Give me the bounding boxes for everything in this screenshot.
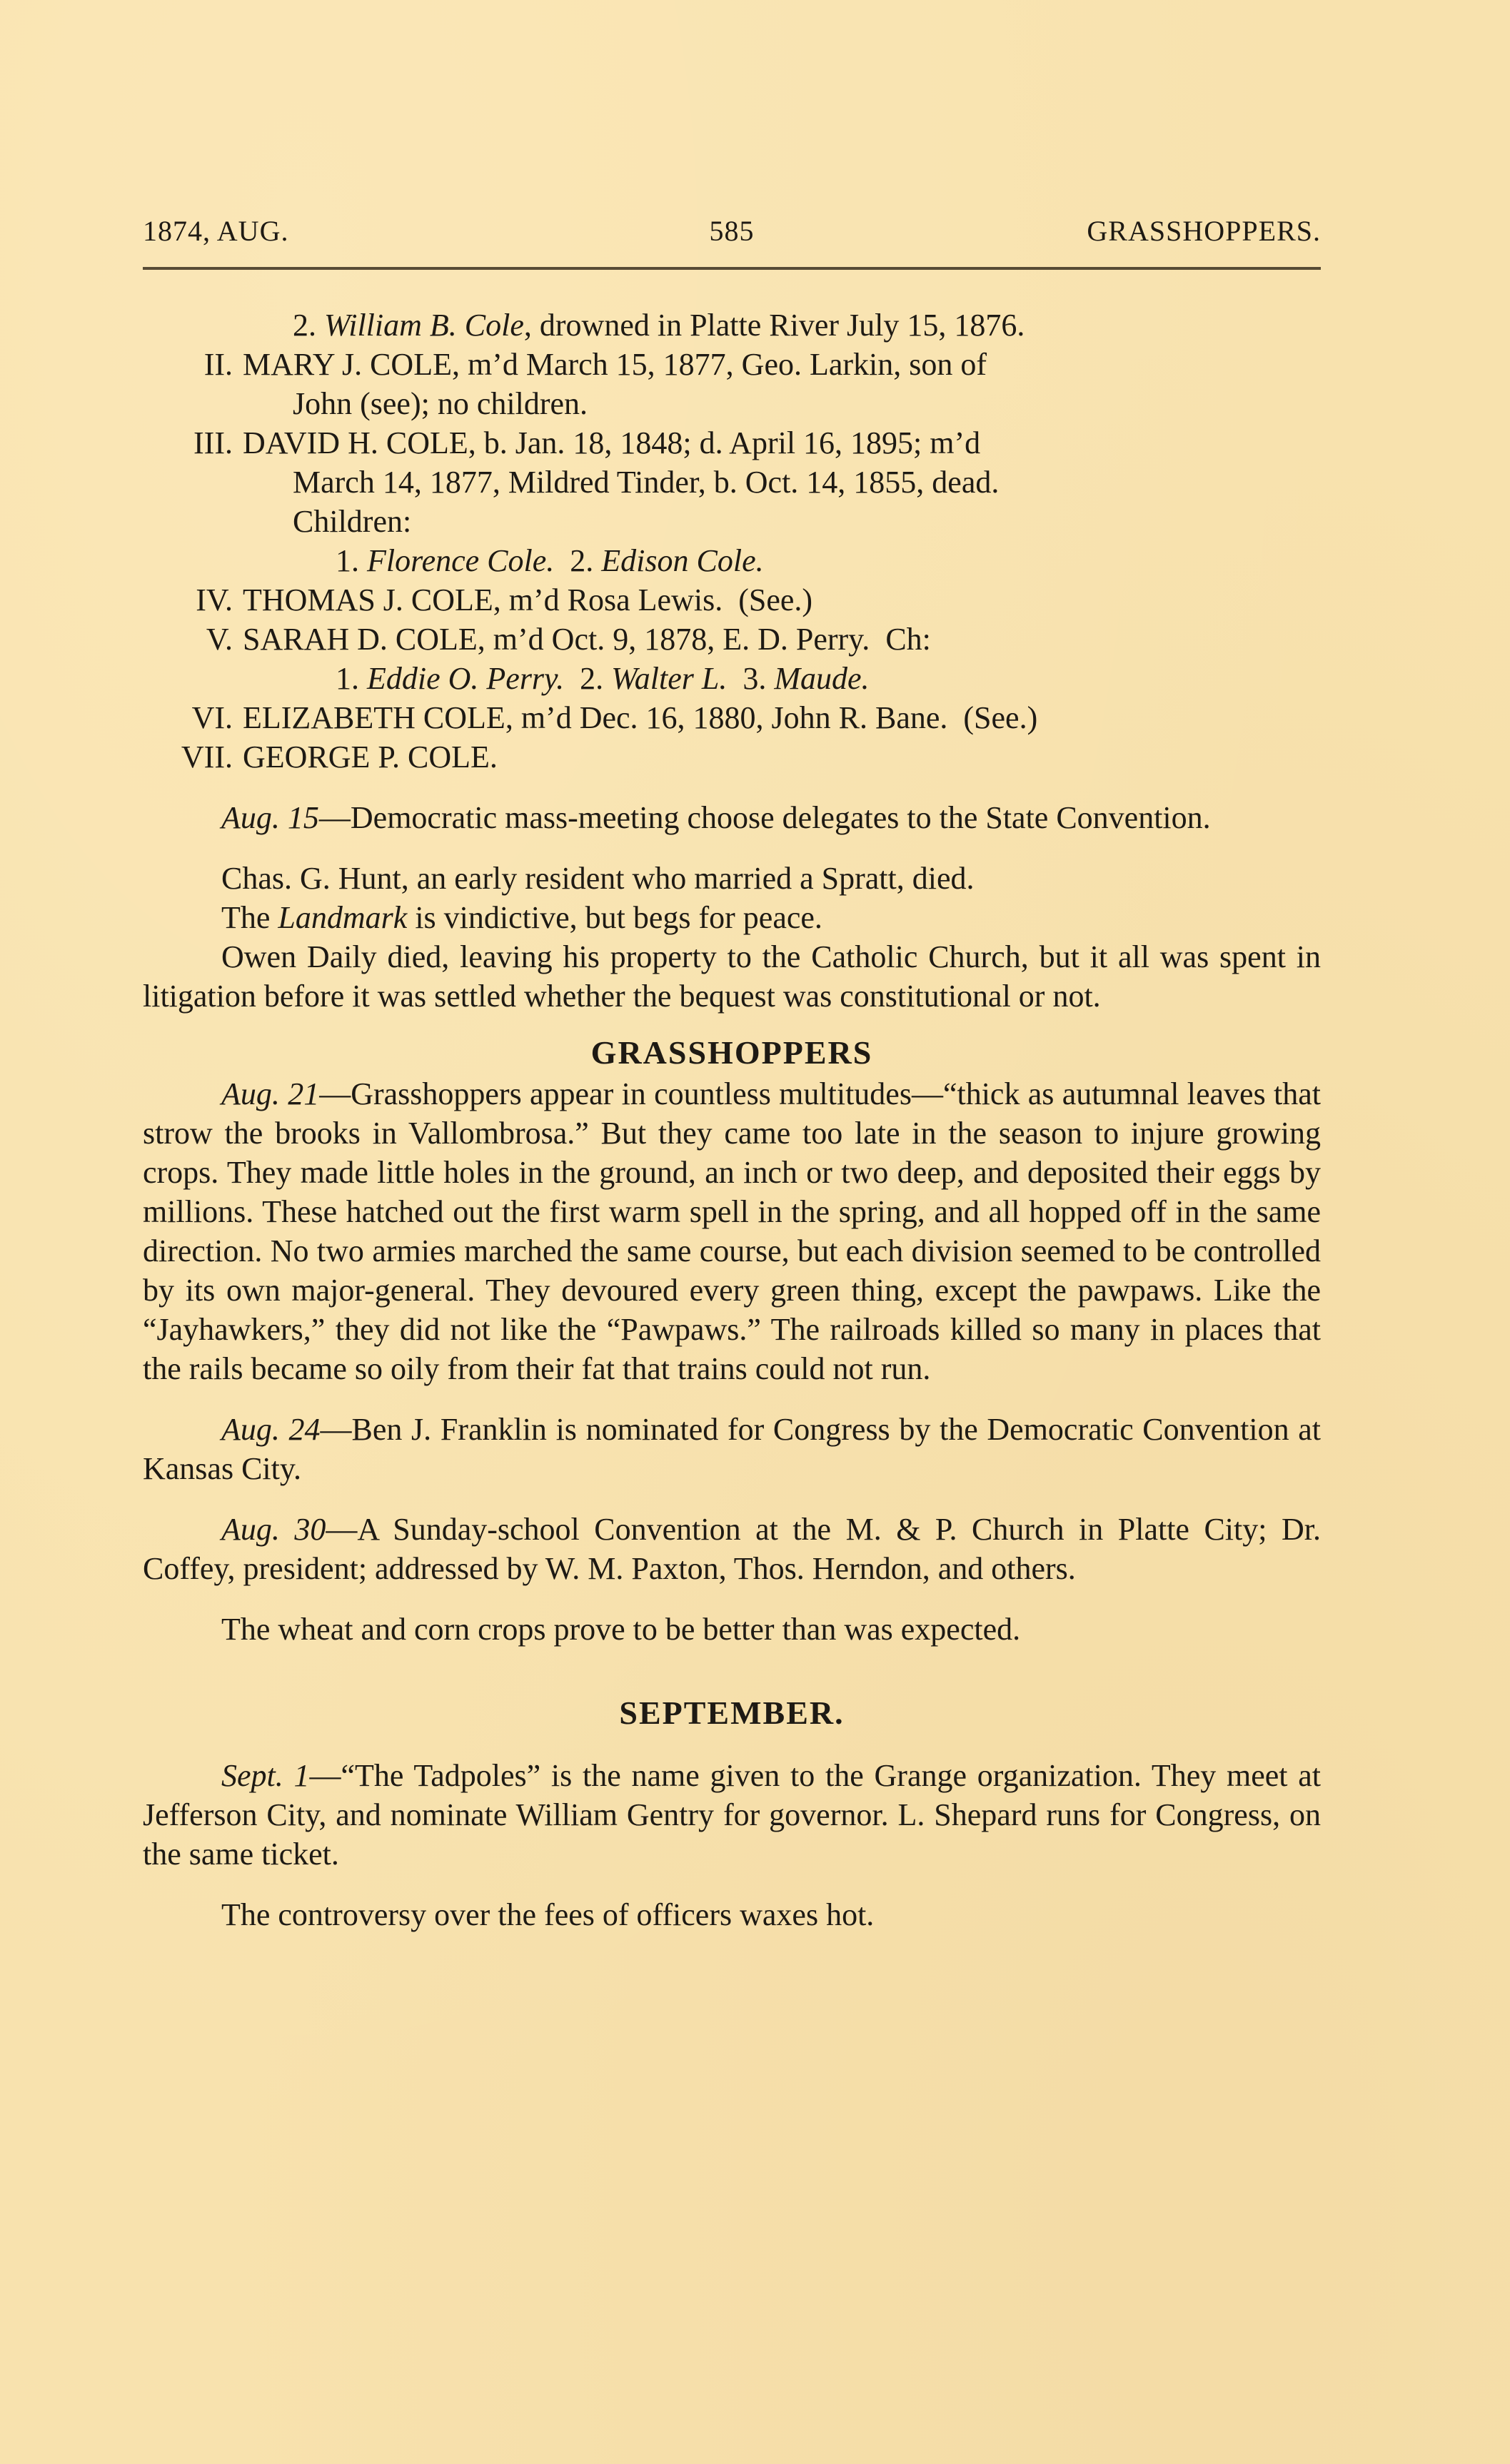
entry-date: Aug. 15 (221, 800, 319, 835)
genealogy-entry-george: VII.GEORGE P. COLE. (143, 737, 1321, 777)
entry-landmark: The Landmark is vindictive, but begs for… (143, 898, 1321, 937)
entry-date: Aug. 24 (221, 1412, 321, 1447)
roman-numeral: IV. (143, 580, 243, 620)
children-list: 1. Eddie O. Perry. 2. Walter L. 3. Maude… (143, 659, 1321, 698)
child-name: William B. Cole (324, 308, 524, 343)
book-page: 1874, AUG. 585 GRASSHOPPERS. 2. William … (143, 214, 1321, 1934)
genealogy-entry-elizabeth: VI.ELIZABETH COLE, m’d Dec. 16, 1880, Jo… (143, 698, 1321, 737)
section-heading-september: SEPTEMBER. (143, 1692, 1321, 1735)
entry-crops: The wheat and corn crops prove to be bet… (143, 1610, 1321, 1649)
page-body: 2. William B. Cole, drowned in Platte Ri… (143, 306, 1321, 1934)
running-head: 1874, AUG. 585 GRASSHOPPERS. (143, 214, 1321, 257)
newspaper-title: Landmark (278, 900, 407, 935)
entry-sept-1: Sept. 1—“The Tadpoles” is the name given… (143, 1756, 1321, 1874)
entry-date: Sept. 1 (221, 1758, 310, 1793)
child-name: Eddie O. Perry. (367, 661, 564, 696)
header-rule (143, 267, 1321, 270)
roman-numeral: VII. (143, 737, 243, 777)
child-name: Edison Cole. (601, 543, 763, 578)
entry-aug-15: Aug. 15—Democratic mass-meeting choose d… (143, 798, 1321, 837)
header-section-title: GRASSHOPPERS. (1087, 214, 1321, 248)
child-name: Florence Cole. (367, 543, 554, 578)
entry-date: Aug. 21 (221, 1076, 319, 1111)
entry-hunt: Chas. G. Hunt, an early resident who mar… (143, 859, 1321, 898)
cross-reference: (See.) (963, 700, 1037, 735)
section-heading-grasshoppers: GRASSHOPPERS (143, 1031, 1321, 1074)
cross-reference: (See.) (738, 582, 812, 617)
entry-daily: Owen Daily died, leaving his property to… (143, 937, 1321, 1016)
genealogy-entry-david: III.DAVID H. COLE, b. Jan. 18, 1848; d. … (143, 423, 1321, 580)
child-name: Walter L. (611, 661, 727, 696)
roman-numeral: II. (143, 345, 243, 384)
genealogy-entry-sarah: V.SARAH D. COLE, m’d Oct. 9, 1878, E. D.… (143, 620, 1321, 698)
entry-fees: The controversy over the fees of officer… (143, 1895, 1321, 1934)
children-list: 1. Florence Cole. 2. Edison Cole. (143, 541, 1321, 580)
entry-date: Aug. 30 (221, 1512, 326, 1547)
roman-numeral: V. (143, 620, 243, 659)
genealogy-entry-thomas: IV.THOMAS J. COLE, m’d Rosa Lewis. (See.… (143, 580, 1321, 620)
roman-numeral: VI. (143, 698, 243, 737)
child-name: Maude. (774, 661, 869, 696)
header-date: 1874, AUG. (143, 214, 288, 248)
roman-numeral: III. (143, 423, 243, 463)
genealogy-entry-mary: II.MARY J. COLE, m’d March 15, 1877, Geo… (143, 345, 1321, 423)
entry-aug-24: Aug. 24—Ben J. Franklin is nominated for… (143, 1410, 1321, 1488)
entry-aug-30: Aug. 30—A Sunday-school Convention at th… (143, 1510, 1321, 1588)
entry-aug-21: Aug. 21—Grasshoppers appear in countless… (143, 1074, 1321, 1388)
genealogy-child-william: 2. William B. Cole, drowned in Platte Ri… (143, 306, 1321, 345)
